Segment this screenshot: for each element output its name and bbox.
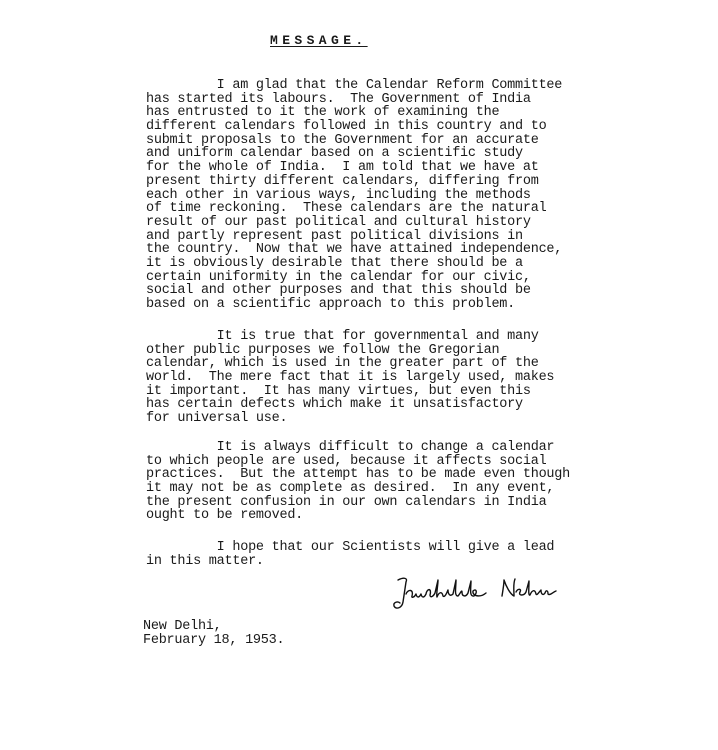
text-line: practices. But the attempt has to be mad… — [146, 468, 606, 482]
text-line: world. The mere fact that it is largely … — [146, 371, 606, 385]
text-line: certain uniformity in the calendar for o… — [146, 271, 606, 285]
text-line: It is always difficult to change a calen… — [146, 441, 606, 455]
text-line: present thirty different calendars, diff… — [146, 175, 606, 189]
text-line: calendar, which is used in the greater p… — [146, 357, 606, 371]
text-line: each other in various ways, including th… — [146, 189, 606, 203]
text-line: social and other purposes and that this … — [146, 284, 606, 298]
paragraph-2: It is true that for governmental and man… — [146, 330, 606, 426]
paragraph-1: I am glad that the Calendar Reform Commi… — [146, 79, 606, 312]
text-line: it important. It has many virtues, but e… — [146, 385, 606, 399]
text-line: has certain defects which make it unsati… — [146, 398, 606, 412]
text-line: it may not be as complete as desired. In… — [146, 482, 606, 496]
text-line: It is true that for governmental and man… — [146, 330, 606, 344]
place-text: New Delhi, — [143, 620, 284, 634]
document-title: MESSAGE. — [270, 33, 368, 48]
text-line: ought to be removed. — [146, 509, 606, 523]
text-line: and uniform calendar based on a scientif… — [146, 147, 606, 161]
text-line: in this matter. — [146, 555, 606, 569]
text-line: of time reckoning. These calendars are t… — [146, 202, 606, 216]
text-line: for the whole of India. I am told that w… — [146, 161, 606, 175]
text-line: it is obviously desirable that there sho… — [146, 257, 606, 271]
text-line: the present confusion in our own calenda… — [146, 496, 606, 510]
text-line: to which people are used, because it aff… — [146, 455, 606, 469]
text-line: has started its labours. The Government … — [146, 93, 606, 107]
text-line: I hope that our Scientists will give a l… — [146, 541, 606, 555]
text-line: other public purposes we follow the Greg… — [146, 344, 606, 358]
text-line: the country. Now that we have attained i… — [146, 243, 606, 257]
text-line: submit proposals to the Government for a… — [146, 134, 606, 148]
text-line: for universal use. — [146, 412, 606, 426]
text-line: and partly represent past political divi… — [146, 230, 606, 244]
text-line: based on a scientific approach to this p… — [146, 298, 606, 312]
text-line: has entrusted to it the work of examinin… — [146, 106, 606, 120]
signature-jawaharlal-nehru — [390, 574, 570, 614]
paragraph-3: It is always difficult to change a calen… — [146, 441, 606, 523]
text-line: I am glad that the Calendar Reform Commi… — [146, 79, 606, 93]
paragraph-4: I hope that our Scientists will give a l… — [146, 541, 606, 568]
place-and-date: New Delhi, February 18, 1953. — [143, 620, 284, 647]
document-page: MESSAGE. I am glad that the Calendar Ref… — [0, 0, 718, 750]
date-text: February 18, 1953. — [143, 634, 284, 648]
text-line: result of our past political and cultura… — [146, 216, 606, 230]
text-line: different calendars followed in this cou… — [146, 120, 606, 134]
